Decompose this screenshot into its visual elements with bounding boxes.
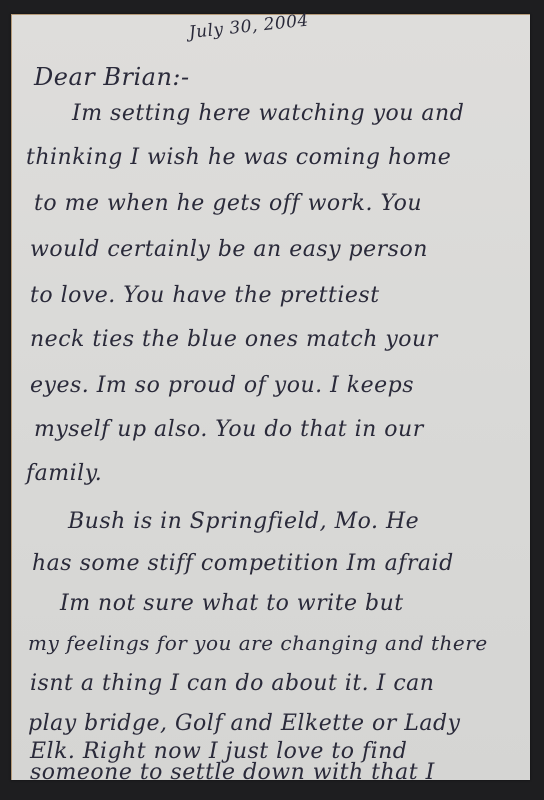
letter-line: myself up also. You do that in our xyxy=(34,417,424,442)
letter-line: someone to settle down with that I xyxy=(30,760,435,785)
letter-line: has some stiff competition Im afraid xyxy=(32,551,454,576)
letter-page: July 30, 2004 Dear Brian:- Im setting he… xyxy=(11,14,530,780)
letter-line: would certainly be an easy person xyxy=(30,237,428,262)
letter-line: Im setting here watching you and xyxy=(72,101,464,126)
letter-line: family. xyxy=(26,461,102,486)
letter-line: neck ties the blue ones match your xyxy=(30,327,438,352)
letter-salutation: Dear Brian:- xyxy=(34,63,190,91)
letter-line: thinking I wish he was coming home xyxy=(26,145,451,170)
letter-line: Im not sure what to write but xyxy=(60,591,404,616)
letter-line: to love. You have the prettiest xyxy=(30,283,380,308)
letter-line: play bridge, Golf and Elkette or Lady xyxy=(28,711,460,736)
letter-line: my feelings for you are changing and the… xyxy=(28,631,488,655)
letter-line: isnt a thing I can do about it. I can xyxy=(30,671,434,696)
letter-date: July 30, 2004 xyxy=(188,11,310,43)
letter-line: to me when he gets off work. You xyxy=(34,191,422,216)
letter-line: eyes. Im so proud of you. I keeps xyxy=(30,373,414,398)
letter-line: Bush is in Springfield, Mo. He xyxy=(68,509,419,534)
